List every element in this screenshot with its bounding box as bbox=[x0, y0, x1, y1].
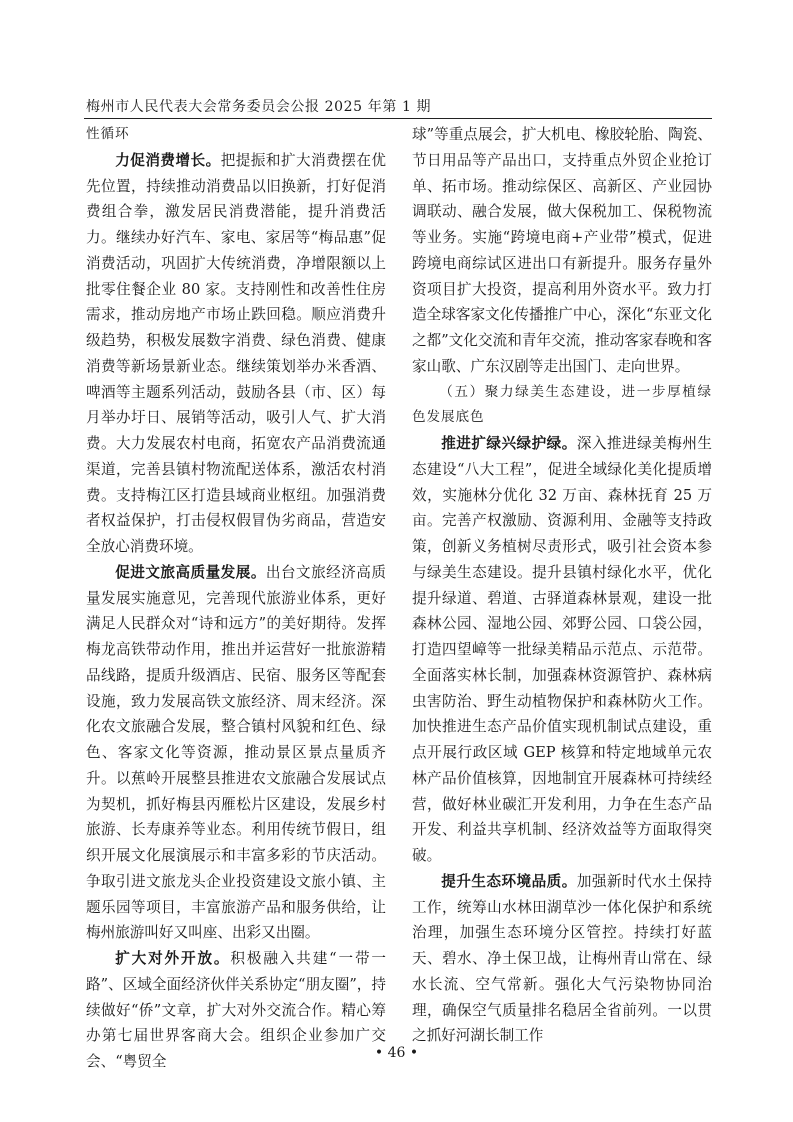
running-header: 梅州市人民代表大会常务委员会公报 2025 年第 1 期 bbox=[86, 96, 431, 116]
paragraph-greening: 推进扩绿兴绿护绿。深入推进绿美梅州生态建设“八大工程”，促进全域绿化美化提质增效… bbox=[412, 431, 712, 869]
continuation-text: 性循环 bbox=[86, 122, 386, 148]
paragraph-body: 深入推进绿美梅州生态建设“八大工程”，促进全域绿化美化提质增效，实施林分优化 3… bbox=[412, 435, 712, 864]
paragraph-promote-consumption: 力促消费增长。把提振和扩大消费摆在优先位置，持续推动消费品以旧换新，打好促消费组… bbox=[86, 148, 386, 560]
paragraph-body: 加强新时代水土保持工作，统筹山水林田湖草沙一体化保护和系统治理，加强生态环境分区… bbox=[412, 873, 712, 1045]
paragraph-continuation: 球”等重点展会，扩大机电、橡胶轮胎、陶瓷、节日用品等产品出口，支持重点外贸企业抢… bbox=[412, 122, 712, 380]
paragraph-eco-environment: 提升生态环境品质。加强新时代水土保持工作，统筹山水林田湖草沙一体化保护和系统治理… bbox=[412, 869, 712, 1049]
paragraph-heading: 推进扩绿兴绿护绿。 bbox=[441, 435, 577, 452]
paragraph-body: 把提振和扩大消费摆在优先位置，持续推动消费品以旧换新，打好促消费组合拳，激发居民… bbox=[86, 152, 386, 555]
header-rule bbox=[84, 118, 712, 119]
paragraph-culture-tourism: 促进文旅高质量发展。出台文旅经济高质量发展实施意见，完善现代旅游业体系，更好满足… bbox=[86, 560, 386, 946]
paragraph-heading: 促进文旅高质量发展。 bbox=[115, 564, 266, 581]
right-column: 球”等重点展会，扩大机电、橡胶轮胎、陶瓷、节日用品等产品出口，支持重点外贸企业抢… bbox=[412, 122, 712, 1049]
section-heading: （五）聚力绿美生态建设，进一步厚植绿色发展底色 bbox=[412, 380, 712, 432]
paragraph-heading: 力促消费增长。 bbox=[115, 152, 221, 169]
left-column: 性循环 力促消费增长。把提振和扩大消费摆在优先位置，持续推动消费品以旧换新，打好… bbox=[86, 122, 386, 1075]
paragraph-heading: 提升生态环境品质。 bbox=[441, 873, 577, 890]
paragraph-heading: 扩大对外开放。 bbox=[115, 950, 230, 967]
paragraph-body: 出台文旅经济高质量发展实施意见，完善现代旅游业体系，更好满足人民群众对“诗和远方… bbox=[86, 564, 386, 942]
page-number: • 46 • bbox=[0, 1045, 793, 1061]
